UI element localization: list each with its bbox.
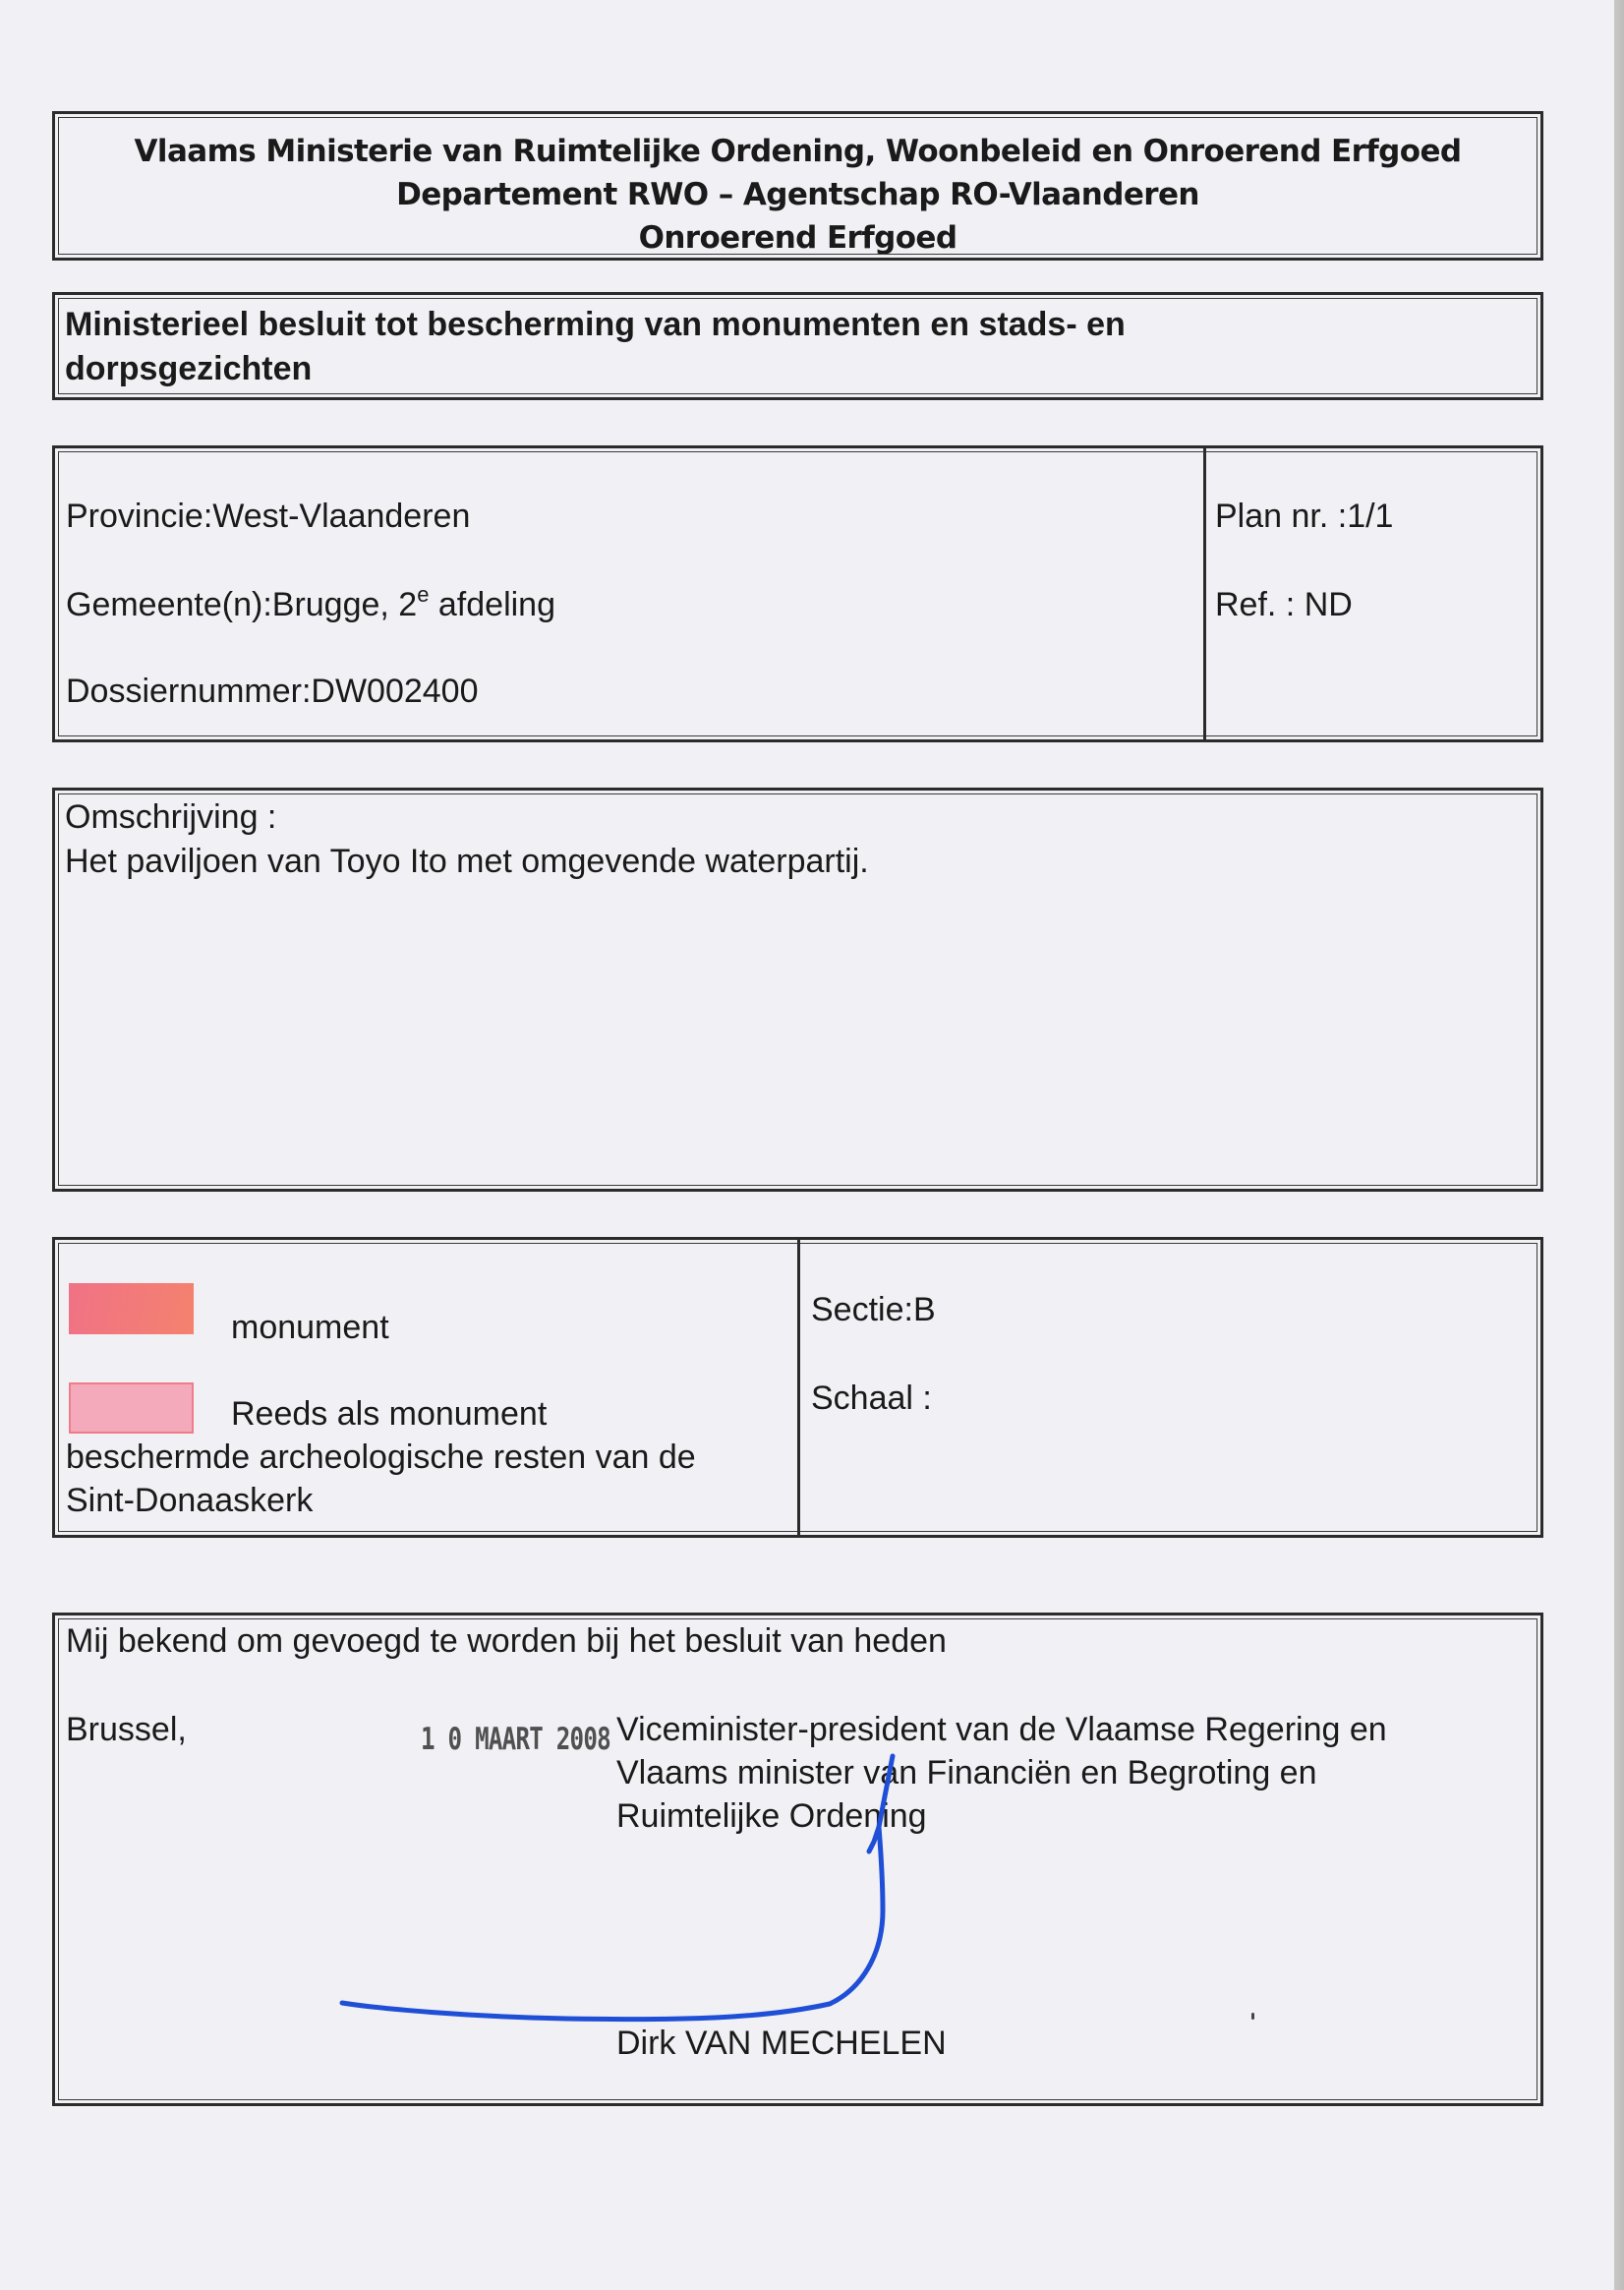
dossiernummer-field: Dossiernummer:DW002400 (66, 673, 479, 711)
gemeente-prefix: Gemeente(n):Brugge, 2 (66, 586, 417, 623)
sectie-field: Sectie:B (811, 1291, 936, 1329)
provincie-field: Provincie:West-Vlaanderen (66, 498, 470, 536)
signature-box: Mij bekend om gevoegd te worden bij het … (52, 1613, 1543, 2106)
description-box: Omschrijving : Het paviljoen van Toyo It… (52, 788, 1543, 1192)
plan-number-field: Plan nr. :1/1 (1215, 498, 1393, 536)
location-details: Provincie:West-Vlaanderen Gemeente(n):Br… (52, 445, 1543, 742)
ministry-header: Vlaams Ministerie van Ruimtelijke Ordeni… (52, 111, 1543, 261)
ministry-name: Vlaams Ministerie van Ruimtelijke Ordeni… (55, 130, 1540, 173)
legend-divider (797, 1240, 800, 1535)
scan-speck (1251, 2013, 1254, 2020)
archeological-swatch (69, 1382, 194, 1434)
scanner-edge (1614, 0, 1624, 2290)
legend-label-archeo-line-1: Reeds als monument (231, 1395, 547, 1434)
legend-label-monument: monument (231, 1309, 389, 1347)
gemeente-superscript: e (417, 582, 429, 607)
decree-title: Ministerieel besluit tot bescherming van… (52, 292, 1543, 400)
description-label: Omschrijving : (65, 795, 1540, 840)
decree-title-line-1: Ministerieel besluit tot bescherming van… (65, 303, 1540, 347)
reference-field: Ref. : ND (1215, 586, 1353, 624)
decree-title-line-2: dorpsgezichten (65, 347, 1540, 391)
location-divider (1203, 448, 1206, 739)
legend-box: monument Reeds als monument beschermde a… (52, 1237, 1543, 1538)
signatory-name: Dirk VAN MECHELEN (616, 2025, 947, 2063)
legend-label-archeo-line-2: beschermde archeologische resten van de (66, 1439, 696, 1477)
schaal-field: Schaal : (811, 1380, 932, 1418)
description-text: Het paviljoen van Toyo Ito met omgevende… (65, 840, 1540, 884)
department-name: Departement RWO – Agentschap RO-Vlaander… (55, 173, 1540, 216)
legend-label-archeo-line-3: Sint-Donaaskerk (66, 1482, 313, 1520)
gemeente-suffix: afdeling (429, 586, 555, 623)
gemeente-field: Gemeente(n):Brugge, 2e afdeling (66, 586, 555, 624)
monument-swatch (69, 1283, 194, 1334)
agency-name: Onroerend Erfgoed (55, 216, 1540, 260)
